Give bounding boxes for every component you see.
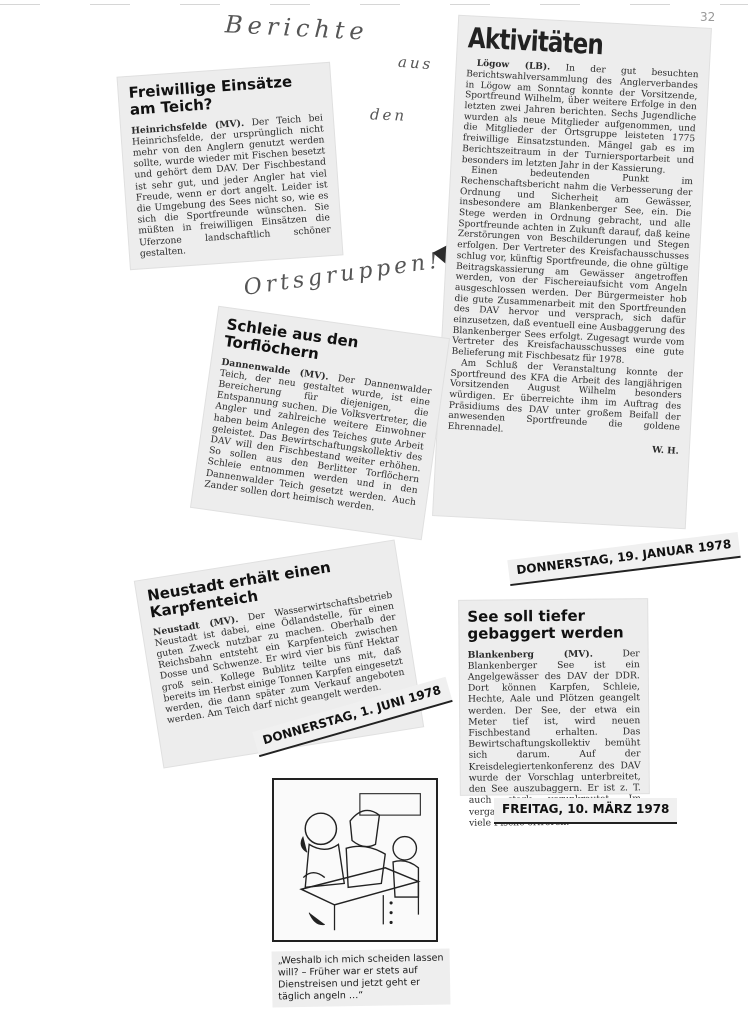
- clipping-see-tiefer-gebaggert: See soll tiefer gebaggert werden Blanken…: [459, 599, 649, 795]
- clipping-schleie-torfloechern: Schleie aus den Torflöchern Dannenwalde …: [191, 307, 449, 539]
- clipping-headline: Freiwillige Einsätze am Teich?: [128, 72, 322, 120]
- clipping-text: In der gut besuchten Berichtswahlversamm…: [461, 64, 698, 176]
- handwritten-aus: aus: [397, 53, 433, 73]
- clipping-text: Der Dannenwalder Teich, der neu gestalte…: [204, 367, 433, 513]
- cartoon-illustration: [272, 778, 438, 942]
- scan-edge-line: [0, 4, 748, 5]
- clipping-headline: See soll tiefer gebaggert werden: [467, 607, 639, 643]
- cartoon-drawing-icon: [274, 780, 436, 940]
- clipping-headline: Aktivitäten: [467, 22, 659, 64]
- cartoon-caption: „Weshalb ich mich scheiden lassen will? …: [272, 948, 451, 1007]
- clipping-paragraph: Lögow (LB). In der gut besuchten Bericht…: [461, 58, 698, 177]
- clipping-aktivitaeten: Aktivitäten Lögow (LB). In der gut besuc…: [433, 16, 711, 529]
- page-number: 32: [700, 10, 715, 24]
- clipping-freiwillige-einsaetze: Freiwillige Einsätze am Teich? Heinrichs…: [118, 63, 343, 269]
- handwritten-berichte: Berichte: [224, 10, 369, 45]
- clipping-paragraph: Einen bedeutenden Punkt im Rechenschafts…: [451, 165, 693, 370]
- clipping-dateline: Blankenberg (MV).: [468, 648, 593, 660]
- handwritten-den: den: [370, 105, 408, 124]
- clipping-text: Der Teich bei Heinrichsfelde, der ursprü…: [132, 112, 331, 259]
- date-strip-maerz: FREITAG, 10. MÄRZ 1978: [494, 798, 677, 824]
- clipping-body: Heinrichsfelde (MV). Der Teich bei Heinr…: [131, 112, 332, 260]
- clipping-body: Lögow (LB). In der gut besuchten Bericht…: [447, 58, 699, 457]
- clipping-paragraph: Am Schluß der Veranstaltung konnte der S…: [447, 358, 683, 445]
- date-strip-januar: DONNERSTAG, 19. JANUAR 1978: [507, 532, 741, 586]
- clipping-body: Dannenwalde (MV). Der Dannenwalder Teich…: [204, 356, 433, 519]
